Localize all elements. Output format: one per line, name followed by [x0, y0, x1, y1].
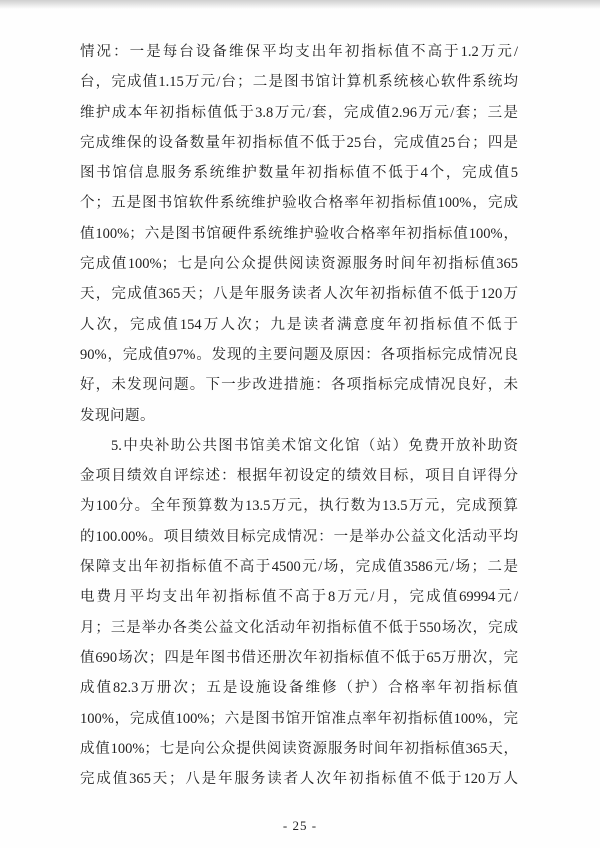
paragraph-line: 金项目绩效自评综述：根据年初设定的绩效目标，项目自评得分 [80, 461, 518, 491]
paragraph-line: 人次，完成值154万人次；九是读者满意度年初指标值不低于 [80, 310, 518, 340]
paragraph-line: 成值100%；七是向公众提供阅读资源服务时间年初指标值365天， [80, 734, 518, 764]
paragraph-line: 电费月平均支出年初指标值不高于8万元/月，完成值69994元/ [80, 582, 518, 612]
paragraph-line: 的100.00%。项目绩效目标完成情况：一是举办公益文化活动平均 [80, 522, 518, 552]
paragraph-line: 月；三是举办各类公益文化活动年初指标值不低于550场次，完成 [80, 613, 518, 643]
paragraph-line: 维护成本年初指标值低于3.8万元/套，完成值2.96万元/套；三是 [80, 98, 518, 128]
paragraph-line: 成值82.3万册次；五是设施设备维修（护）合格率年初指标值 [80, 673, 518, 703]
document-page: 情况：一是每台设备维保平均支出年初指标值不高于1.2万元/ 台，完成值1.15万… [0, 0, 600, 848]
paragraph-line: 好，未发现问题。下一步改进措施：各项指标完成情况良好，未 [80, 370, 518, 400]
paragraph-line: 发现问题。 [80, 401, 518, 431]
paragraph-line: 情况：一是每台设备维保平均支出年初指标值不高于1.2万元/ [80, 37, 518, 67]
scan-edge-shadow [0, 0, 600, 9]
paragraph-line: 5.中央补助公共图书馆美术馆文化馆（站）免费开放补助资 [80, 431, 518, 461]
paragraph-line: 完成值365天；八是年服务读者人次年初指标值不低于120万人 [80, 764, 518, 794]
paragraph-line: 为100分。全年预算数为13.5万元，执行数为13.5万元，完成预算 [80, 491, 518, 521]
body-text: 情况：一是每台设备维保平均支出年初指标值不高于1.2万元/ 台，完成值1.15万… [80, 37, 518, 794]
paragraph-line: 90%，完成值97%。发现的主要问题及原因：各项指标完成情况良 [80, 340, 518, 370]
paragraph-line: 台，完成值1.15万元/台；二是图书馆计算机系统核心软件系统均 [80, 67, 518, 97]
paragraph-line: 值100%；六是图书馆硬件系统维护验收合格率年初指标值100%， [80, 219, 518, 249]
paragraph-line: 100%，完成值100%；六是图书馆开馆准点率年初指标值100%，完 [80, 704, 518, 734]
page-number: - 25 - [0, 818, 600, 834]
paragraph-line: 图书馆信息服务系统维护数量年初指标值不低于4个，完成值5 [80, 158, 518, 188]
paragraph-line: 完成维保的设备数量年初指标值不低于25台，完成值25台；四是 [80, 128, 518, 158]
paragraph-line: 个；五是图书馆软件系统维护验收合格率年初指标值100%，完成 [80, 188, 518, 218]
paragraph-line: 完成值100%；七是向公众提供阅读资源服务时间年初指标值365 [80, 249, 518, 279]
paragraph-line: 天，完成值365天；八是年服务读者人次年初指标值不低于120万 [80, 279, 518, 309]
paragraph-line: 值690场次；四是年图书借还册次年初指标值不低于65万册次，完 [80, 643, 518, 673]
paragraph-line: 保障支出年初指标值不高于4500元/场，完成值3586元/场；二是 [80, 552, 518, 582]
